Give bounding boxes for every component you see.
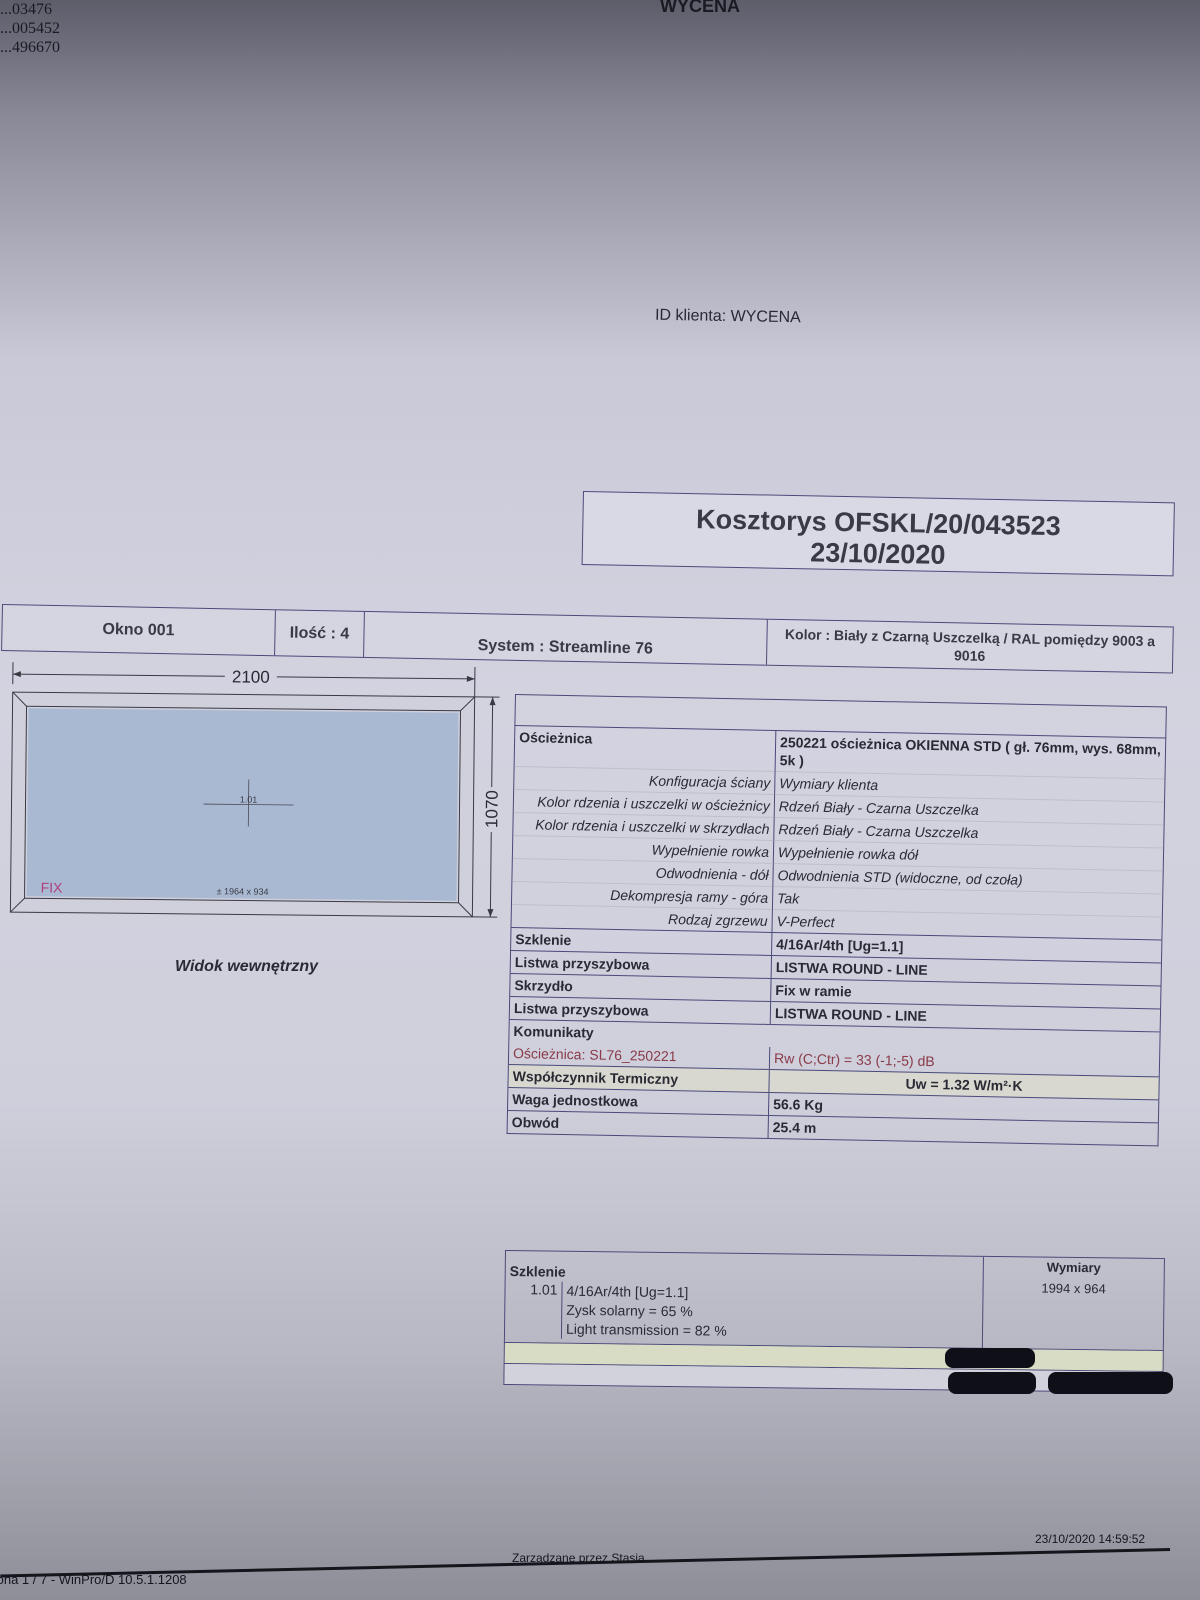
glazing-line: Light transmission = 82 %: [566, 1320, 727, 1341]
fix-label: FIX: [41, 879, 64, 895]
spec-table: Ościeżnica250221 ościeżnica OKIENNA STD …: [507, 694, 1167, 1146]
view-label: Widok wewnętrzny: [175, 958, 318, 976]
client-id: ID klienta: WYCENA: [655, 307, 801, 328]
glazing-line: 4/16Ar/4th [Ug=1.1]: [566, 1282, 727, 1303]
dims-header: Wymiary: [984, 1259, 1164, 1276]
item-system: System : Streamline 76: [364, 612, 768, 665]
redaction-mark: [948, 1372, 1036, 1394]
redaction-mark: [945, 1348, 1035, 1368]
footer-timestamp: 23/10/2020 14:59:52: [1035, 1532, 1145, 1546]
glazing-line: Zysk solarny = 65 %: [566, 1301, 727, 1322]
ref-number: ...03476: [0, 0, 60, 19]
top-title: WYCENA: [660, 0, 740, 17]
ref-number: ...005452: [0, 19, 60, 38]
item-quantity: Ilość : 4: [275, 610, 365, 657]
item-name: Okno 001: [2, 605, 276, 655]
glazing-num: 1.01: [509, 1281, 563, 1339]
spec-key: Ościeżnica: [514, 726, 776, 772]
window-drawing: 2100 1.01 FIX ± 1964 x 934 1070: [2, 662, 500, 947]
redaction-mark: [1048, 1372, 1173, 1394]
estimate-title-box: Kosztorys OFSKL/20/043523 23/10/2020: [582, 491, 1175, 576]
glass-size: ± 1964 x 934: [217, 886, 269, 897]
width-dimension: 2100: [232, 667, 270, 686]
footer-managed-by: Zarządzane przez Stasia: [512, 1551, 645, 1565]
glazing-dims: 1994 x 964: [983, 1280, 1163, 1297]
pane-id: 1.01: [240, 794, 258, 804]
spec-key: Obwód: [507, 1110, 768, 1138]
top-left-numbers: ...03476 ...005452 ...496670: [0, 0, 60, 57]
item-color: Kolor : Biały z Czarną Uszczelką / RAL p…: [767, 620, 1173, 673]
footer-page: Strona 1 / 7 - WinPro/D 10.5.1.1208: [0, 1572, 187, 1587]
height-dimension: 1070: [482, 790, 500, 828]
ref-number: ...496670: [0, 38, 60, 57]
